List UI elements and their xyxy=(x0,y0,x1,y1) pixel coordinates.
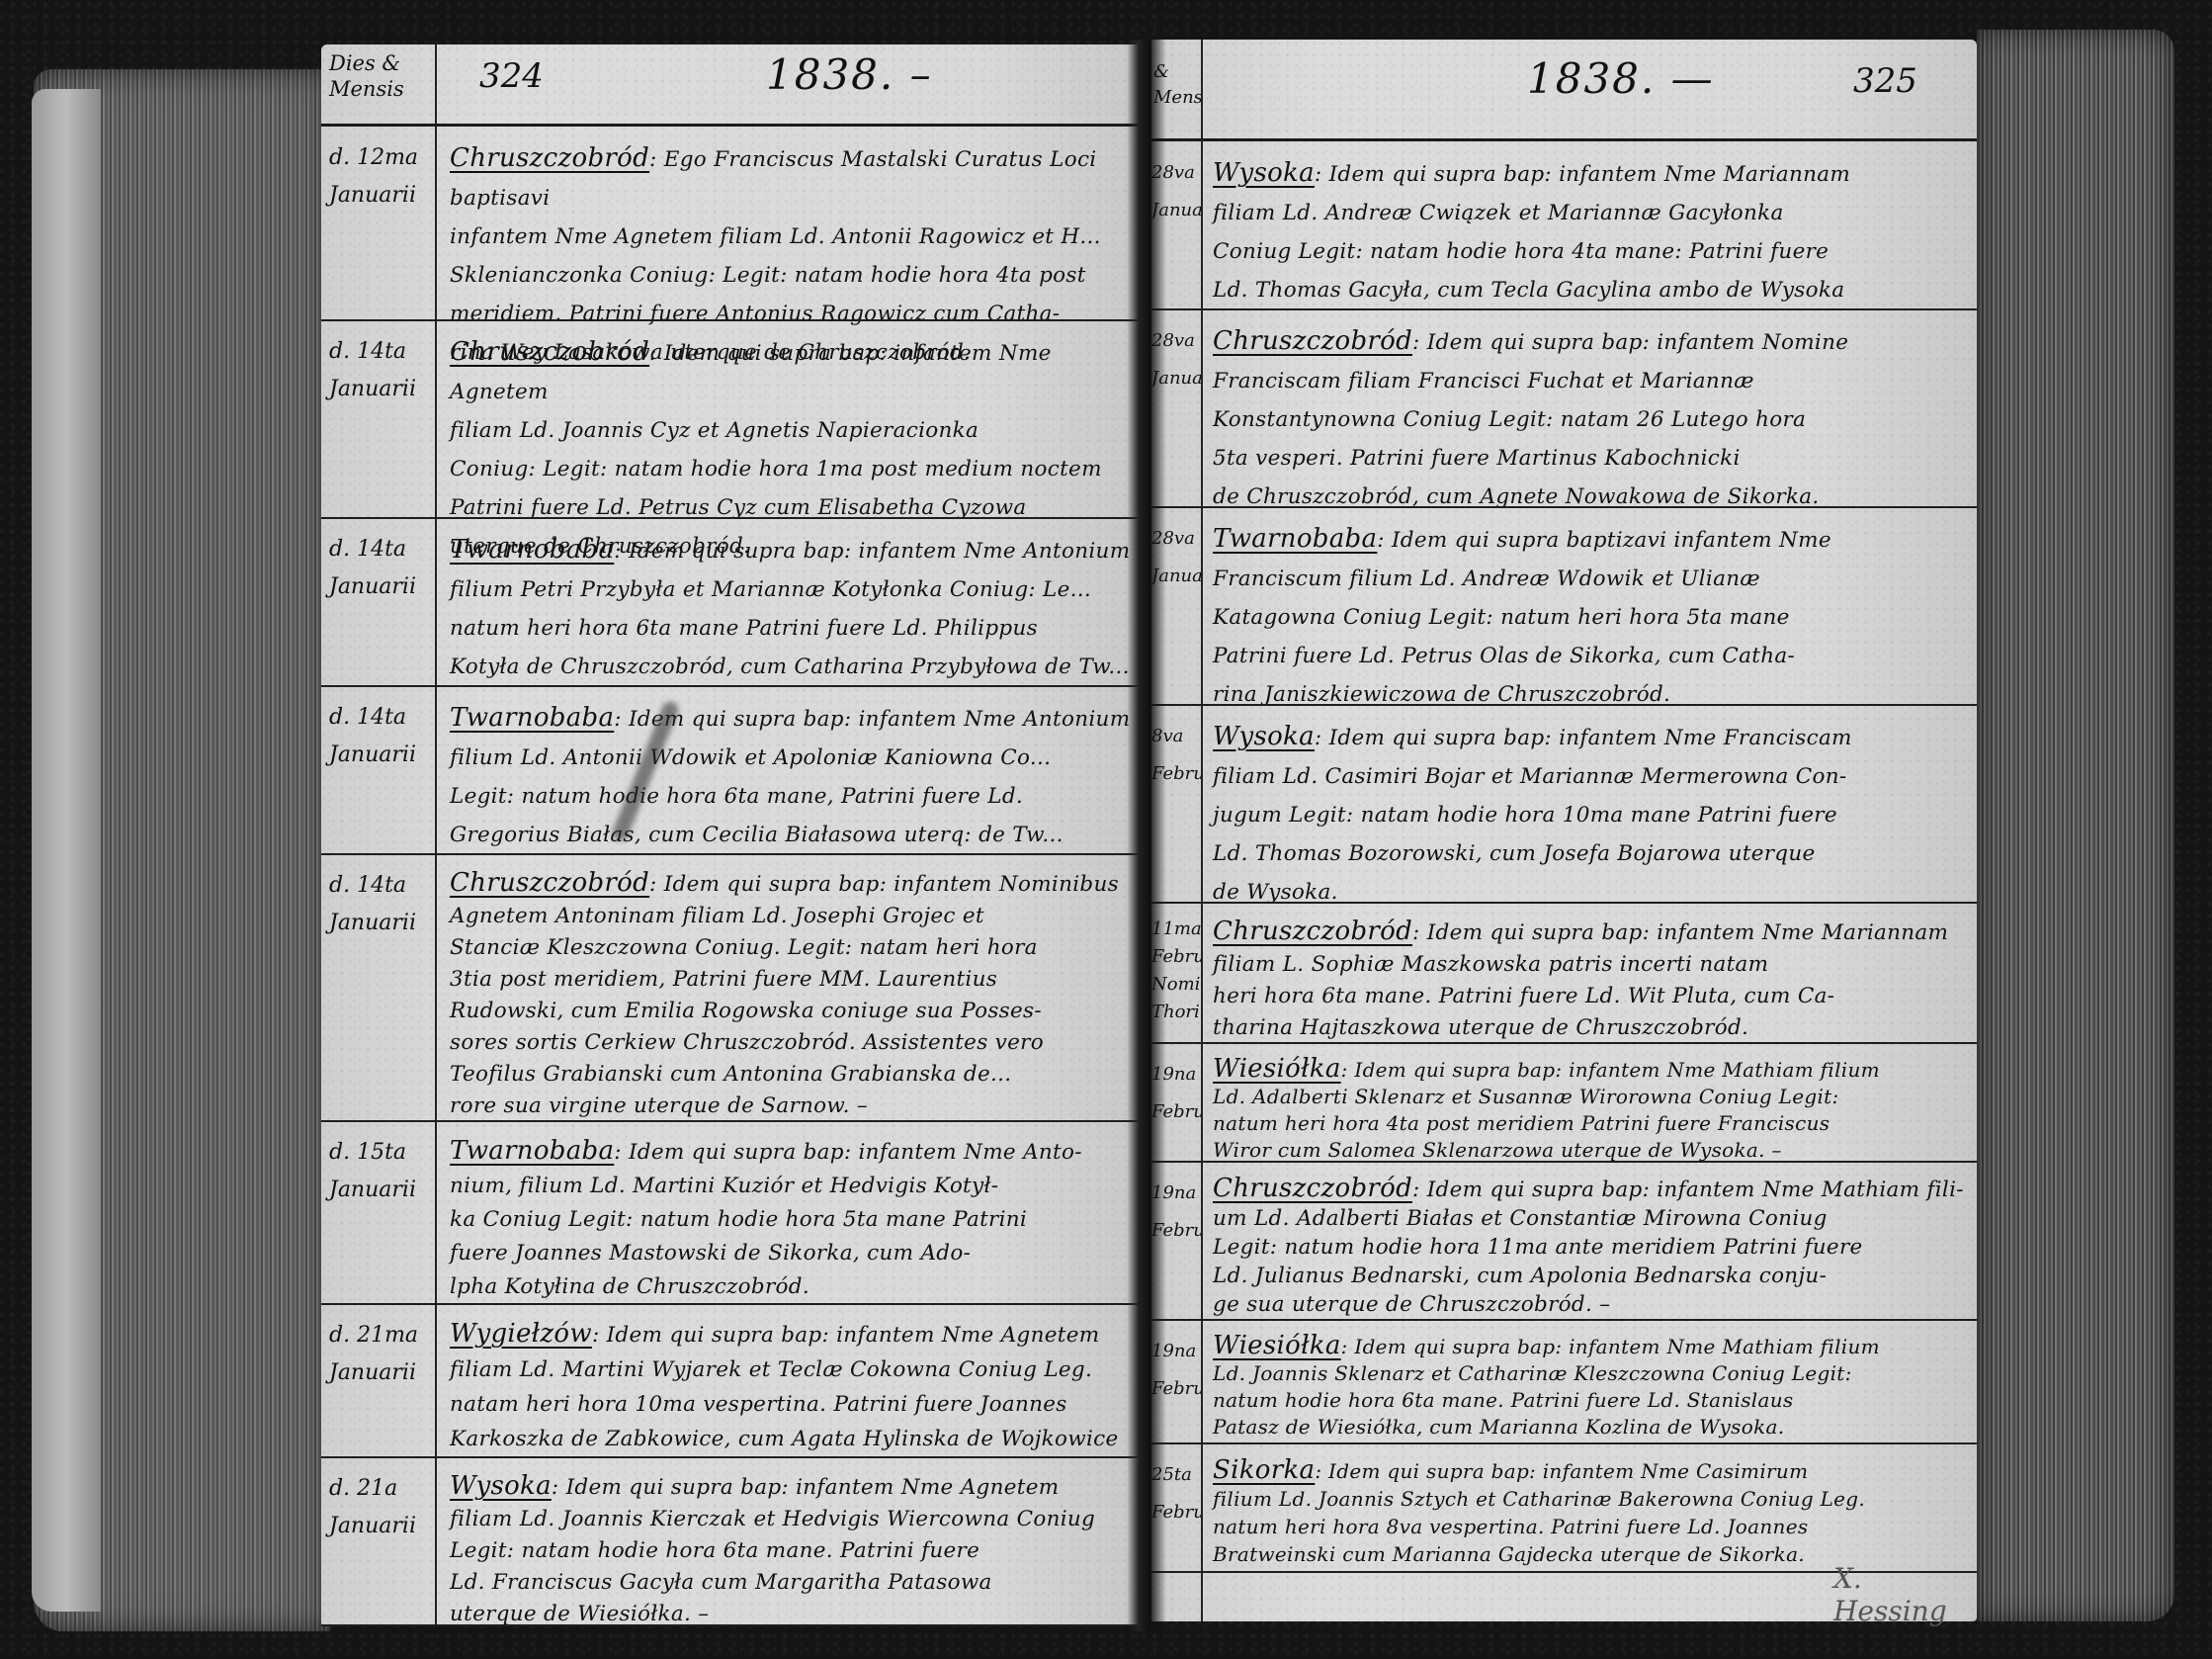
entry-text: Twarnobaba: Idem qui supra bap: infantem… xyxy=(450,699,1132,854)
entry-village: Twarnobaba xyxy=(1213,524,1377,554)
page-year: 1838. – xyxy=(766,50,933,99)
entry-village: Chruszczobród xyxy=(450,868,649,898)
entry-text: Twarnobaba: Idem qui supra bap: infantem… xyxy=(450,531,1132,686)
entry-village: Chruszczobród xyxy=(1213,917,1412,946)
entry-text: Wiesiółka: Idem qui supra bap: infantem … xyxy=(1213,1333,1967,1441)
priest-signature: X. Hessing xyxy=(1833,1562,1977,1627)
entry-village: Chruszczobród xyxy=(1213,326,1412,356)
entry-text: Chruszczobród: Idem qui supra bap: infan… xyxy=(450,867,1132,1122)
entry-record: : Idem qui supra bap: infantem Nomine Fr… xyxy=(1213,330,1848,509)
left-page: Dies & Mensis 324 1838. – d. 12ma Januar… xyxy=(321,44,1142,1626)
page-number: 324 xyxy=(479,56,544,96)
entry-text: Wysoka: Idem qui supra bap: infantem Nme… xyxy=(1213,154,1967,309)
entry-date: d. 21ma Januarii xyxy=(329,1317,433,1392)
register-entry: 28va Januarii Wysoka: Idem qui supra bap… xyxy=(1151,142,1977,310)
entry-date: d. 15ta Januarii xyxy=(329,1134,433,1209)
page-year: 1838. — xyxy=(1527,54,1715,103)
register-entry: 19na Februarii Wiesiółka: Idem qui supra… xyxy=(1151,1321,1977,1444)
entry-village: Wiesiółka xyxy=(1213,1331,1341,1360)
entry-date: d. 14ta Januarii xyxy=(329,867,433,942)
book-edge-right xyxy=(1977,30,2174,1621)
entry-village: Wiesiółka xyxy=(1213,1054,1341,1084)
right-page: & Mensis 1838. — 325 28va Januarii Wysok… xyxy=(1151,40,1977,1621)
register-entry: d. 14ta Januarii Twarnobaba: Idem qui su… xyxy=(321,519,1142,687)
register-entry: 11ma Februarii Nomini Thori Chruszczobró… xyxy=(1151,904,1977,1044)
entry-date: d. 12ma Januarii xyxy=(329,139,433,215)
entry-village: Chruszczobród xyxy=(450,143,649,173)
entry-village: Twarnobaba xyxy=(450,1136,614,1166)
register-entry: d. 14ta Januarii Chruszczobród: Idem qui… xyxy=(321,855,1142,1122)
entry-village: Wysoka xyxy=(1213,158,1315,188)
entry-text: Twarnobaba: Idem qui supra baptizavi inf… xyxy=(1213,520,1967,714)
entry-village: Chruszczobród xyxy=(450,337,649,367)
entry-village: Chruszczobród xyxy=(1213,1174,1412,1203)
entry-text: Sikorka: Idem qui supra bap: infantem Nm… xyxy=(1213,1456,1967,1568)
page-number: 325 xyxy=(1853,61,1917,101)
book-edge-left xyxy=(34,69,330,1631)
register-entry: d. 21a Januarii Wysoka: Idem qui supra b… xyxy=(321,1458,1142,1626)
entry-text: Chruszczobród: Idem qui supra bap: infan… xyxy=(1213,322,1967,516)
entry-text: Twarnobaba: Idem qui supra bap: infantem… xyxy=(450,1134,1132,1304)
entry-date: d. 14ta Januarii xyxy=(329,531,433,606)
book-cover-left xyxy=(32,89,101,1612)
register-entry: 19na Februarii Chruszczobród: Idem qui s… xyxy=(1151,1163,1977,1321)
register-entry: d. 14ta Januarii Chruszczobród: Idem qui… xyxy=(321,321,1142,519)
entry-text: Chruszczobród: Idem qui supra bap: infan… xyxy=(1213,916,1967,1044)
entry-date: d. 14ta Januarii xyxy=(329,333,433,408)
register-entry: 28va Januarii Twarnobaba: Idem qui supra… xyxy=(1151,508,1977,706)
register-entry: 8va Februarii Wysoka: Idem qui supra bap… xyxy=(1151,706,1977,904)
entry-village: Wygiełzów xyxy=(450,1319,592,1349)
entry-village: Wysoka xyxy=(450,1471,552,1501)
register-entry: d. 12ma Januarii Chruszczobród: Ego Fran… xyxy=(321,128,1142,321)
entry-date: d. 21a Januarii xyxy=(329,1470,433,1545)
register-entry: d. 21ma Januarii Wygiełzów: Idem qui sup… xyxy=(321,1305,1142,1458)
scanned-register-spread: Dies & Mensis 324 1838. – d. 12ma Januar… xyxy=(0,0,2212,1659)
entry-village: Twarnobaba xyxy=(450,535,614,565)
header-rule xyxy=(321,124,1142,127)
entry-village: Sikorka xyxy=(1213,1455,1315,1485)
entry-record: : Idem qui supra bap: infantem Nme Franc… xyxy=(1213,726,1852,905)
entry-village: Wysoka xyxy=(1213,722,1315,751)
entry-record: : Idem qui supra bap: infantem Nominibus… xyxy=(450,872,1119,1118)
register-entry: d. 14ta Januarii Twarnobaba: Idem qui su… xyxy=(321,687,1142,855)
entry-text: Wysoka: Idem qui supra bap: infantem Nme… xyxy=(1213,718,1967,912)
register-entry: d. 15ta Januarii Twarnobaba: Idem qui su… xyxy=(321,1122,1142,1305)
register-entry: 25ta Februarii Sikorka: Idem qui supra b… xyxy=(1151,1444,1977,1573)
register-entry: 28va Januarii Chruszczobród: Idem qui su… xyxy=(1151,310,1977,508)
entry-record: : Idem qui supra baptizavi infantem Nme … xyxy=(1213,528,1831,707)
entry-village: Twarnobaba xyxy=(450,703,614,733)
column-header-dies-mensis: Dies & Mensis xyxy=(329,50,433,102)
entry-text: Chruszczobród: Idem qui supra bap: infan… xyxy=(1213,1175,1967,1319)
entry-text: Wygiełzów: Idem qui supra bap: infantem … xyxy=(450,1317,1132,1456)
entry-date: d. 14ta Januarii xyxy=(329,699,433,774)
entry-separator xyxy=(321,1624,1142,1626)
register-entry: 19na Februarii Wiesiółka: Idem qui supra… xyxy=(1151,1044,1977,1163)
book-gutter xyxy=(1127,40,1166,1631)
entry-text: Wiesiółka: Idem qui supra bap: infantem … xyxy=(1213,1056,1967,1164)
entry-text: Wysoka: Idem qui supra bap: infantem Nme… xyxy=(450,1470,1132,1630)
header-rule xyxy=(1151,138,1977,141)
